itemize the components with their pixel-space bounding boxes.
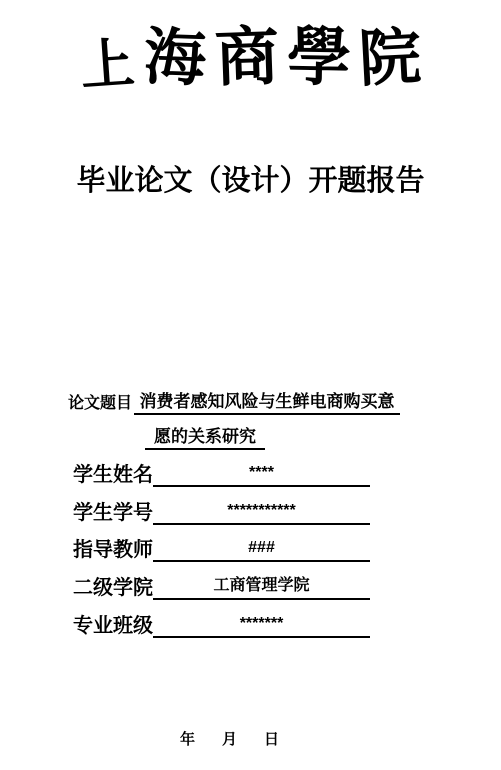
field-value-line: ### (153, 536, 370, 562)
year-label: 年 (180, 731, 195, 748)
logo-char: 上 (79, 35, 137, 93)
field-value-line: ******* (153, 612, 370, 638)
field-row-college: 二级学院 工商管理学院 (73, 575, 370, 600)
field-row-advisor: 指导教师 ### (73, 537, 370, 562)
field-row-major-class: 专业班级 ******* (73, 613, 370, 638)
school-logo: 上 海 商 學 院 (0, 10, 501, 105)
field-row-student-name: 学生姓名 **** (73, 462, 370, 487)
date-row: 年 月 日 (180, 731, 279, 748)
logo-char: 學 (286, 25, 351, 90)
field-label: 二级学院 (73, 576, 153, 600)
field-label: 学生姓名 (73, 463, 153, 487)
field-label: 指导教师 (73, 538, 153, 562)
field-value-line: *********** (153, 499, 370, 525)
logo-char: 商 (213, 24, 279, 90)
field-label: 专业班级 (73, 614, 153, 638)
logo-char: 海 (143, 25, 207, 89)
day-label: 日 (264, 731, 279, 748)
logo-char: 院 (357, 25, 422, 90)
thesis-topic-row: 论文题目 消费者感知风险与生鲜电商购买意 (68, 391, 400, 415)
topic-value-line2: 愿的关系研究 (145, 427, 265, 450)
month-label: 月 (222, 731, 237, 748)
field-value-line: **** (153, 461, 370, 487)
page-title: 毕业论文（设计）开题报告 (0, 158, 501, 199)
field-value-line: 工商管理学院 (153, 574, 370, 600)
topic-value-line1: 消费者感知风险与生鲜电商购买意 (134, 391, 400, 415)
field-row-student-id: 学生学号 *********** (73, 500, 370, 525)
document-page: 上 海 商 學 院 毕业论文（设计）开题报告 论文题目 消费者感知风险与生鲜电商… (0, 0, 501, 770)
field-label: 学生学号 (73, 501, 153, 525)
topic-label: 论文题目 (68, 393, 134, 415)
